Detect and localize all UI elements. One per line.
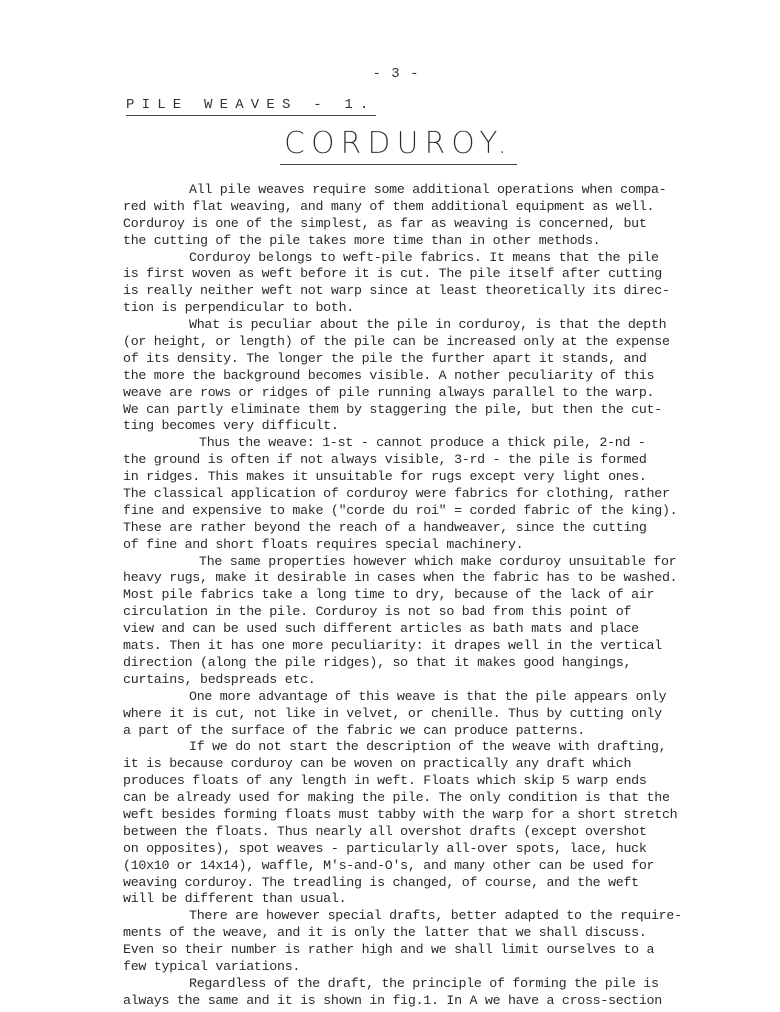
- text-line: the cutting of the pile takes more time …: [123, 233, 763, 250]
- text-line: Regardless of the draft, the principle o…: [123, 976, 763, 993]
- text-line: of fine and short floats requires specia…: [123, 537, 763, 554]
- text-line: (or height, or length) of the pile can b…: [123, 334, 763, 351]
- paragraph: The same properties however which make c…: [123, 554, 763, 689]
- document-page: - 3 - PILE WEAVES - 1. CORDUROY. All pil…: [0, 0, 780, 1012]
- text-line: will be different than usual.: [123, 891, 763, 908]
- text-line: view and can be used such different arti…: [123, 621, 763, 638]
- text-line: is really neither weft not warp since at…: [123, 283, 763, 300]
- text-line: on opposites), spot weaves - particularl…: [123, 841, 763, 858]
- text-line: Most pile fabrics take a long time to dr…: [123, 587, 763, 604]
- text-line: What is peculiar about the pile in cordu…: [123, 317, 763, 334]
- text-line: few typical variations.: [123, 959, 763, 976]
- paragraph: What is peculiar about the pile in cordu…: [123, 317, 763, 435]
- section-heading: PILE WEAVES - 1.: [126, 97, 376, 116]
- paragraph: There are however special drafts, better…: [123, 908, 763, 976]
- text-line: weft besides forming floats must tabby w…: [123, 807, 763, 824]
- text-line: it is because corduroy can be woven on p…: [123, 756, 763, 773]
- text-line: One more advantage of this weave is that…: [123, 689, 763, 706]
- text-line: The same properties however which make c…: [123, 554, 763, 571]
- text-line: ting becomes very difficult.: [123, 418, 763, 435]
- text-line: fine and expensive to make ("corde du ro…: [123, 503, 763, 520]
- document-title: CORDUROY.: [280, 126, 517, 165]
- text-line: weaving corduroy. The treadling is chang…: [123, 875, 763, 892]
- text-line: the more the background becomes visible.…: [123, 368, 763, 385]
- text-line: always the same and it is shown in fig.1…: [123, 993, 763, 1010]
- text-line: If we do not start the description of th…: [123, 739, 763, 756]
- text-line: tion is perpendicular to both.: [123, 300, 763, 317]
- paragraph: Thus the weave: 1-st - cannot produce a …: [123, 435, 763, 553]
- text-line: in ridges. This makes it unsuitable for …: [123, 469, 763, 486]
- text-line: The classical application of corduroy we…: [123, 486, 763, 503]
- text-line: heavy rugs, make it desirable in cases w…: [123, 570, 763, 587]
- text-line: circulation in the pile. Corduroy is not…: [123, 604, 763, 621]
- text-line: red with flat weaving, and many of them …: [123, 199, 763, 216]
- text-line: can be already used for making the pile.…: [123, 790, 763, 807]
- text-line: curtains, bedspreads etc.: [123, 672, 763, 689]
- paragraph: All pile weaves require some additional …: [123, 182, 763, 250]
- text-line: All pile weaves require some additional …: [123, 182, 763, 199]
- text-line: produces floats of any length in weft. F…: [123, 773, 763, 790]
- paragraph: Corduroy belongs to weft-pile fabrics. I…: [123, 250, 763, 318]
- paragraph: One more advantage of this weave is that…: [123, 689, 763, 740]
- text-line: of its density. The longer the pile the …: [123, 351, 763, 368]
- text-line: the ground is often if not always visibl…: [123, 452, 763, 469]
- text-line: We can partly eliminate them by staggeri…: [123, 402, 763, 419]
- body-text: All pile weaves require some additional …: [123, 182, 763, 1010]
- text-line: where it is cut, not like in velvet, or …: [123, 706, 763, 723]
- text-line: Even so their number is rather high and …: [123, 942, 763, 959]
- paragraph: Regardless of the draft, the principle o…: [123, 976, 763, 1010]
- text-line: weave are rows or ridges of pile running…: [123, 385, 763, 402]
- text-line: These are rather beyond the reach of a h…: [123, 520, 763, 537]
- text-line: a part of the surface of the fabric we c…: [123, 723, 763, 740]
- text-line: (10x10 or 14x14), waffle, M's-and-O's, a…: [123, 858, 763, 875]
- text-line: Corduroy is one of the simplest, as far …: [123, 216, 763, 233]
- text-line: ments of the weave, and it is only the l…: [123, 925, 763, 942]
- page-number: - 3 -: [0, 66, 780, 82]
- text-line: There are however special drafts, better…: [123, 908, 763, 925]
- paragraph: If we do not start the description of th…: [123, 739, 763, 908]
- text-line: mats. Then it has one more peculiarity: …: [123, 638, 763, 655]
- text-line: between the floats. Thus nearly all over…: [123, 824, 763, 841]
- text-line: is first woven as weft before it is cut.…: [123, 266, 763, 283]
- text-line: Corduroy belongs to weft-pile fabrics. I…: [123, 250, 763, 267]
- text-line: direction (along the pile ridges), so th…: [123, 655, 763, 672]
- text-line: Thus the weave: 1-st - cannot produce a …: [123, 435, 763, 452]
